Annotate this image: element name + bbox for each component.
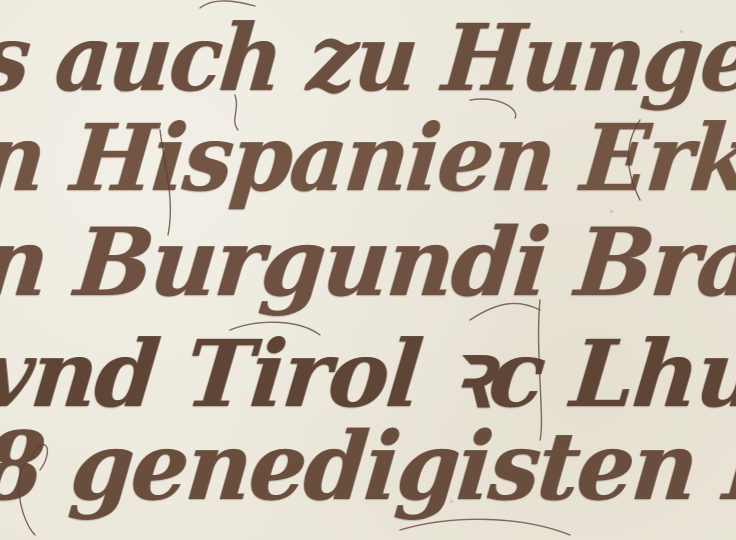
- manuscript-page: s auch zu Hungern n Hispanien Erkhen n B…: [0, 0, 736, 540]
- calligraphy-line-1: s auch zu Hungern: [0, 4, 736, 112]
- calligraphy-line-2: n Hispanien Erkhen: [0, 104, 736, 212]
- calligraphy-line-3: n Burgundi Brabā: [0, 208, 736, 318]
- calligraphy-line-5: 8 genedigisten Herzn: [0, 412, 736, 522]
